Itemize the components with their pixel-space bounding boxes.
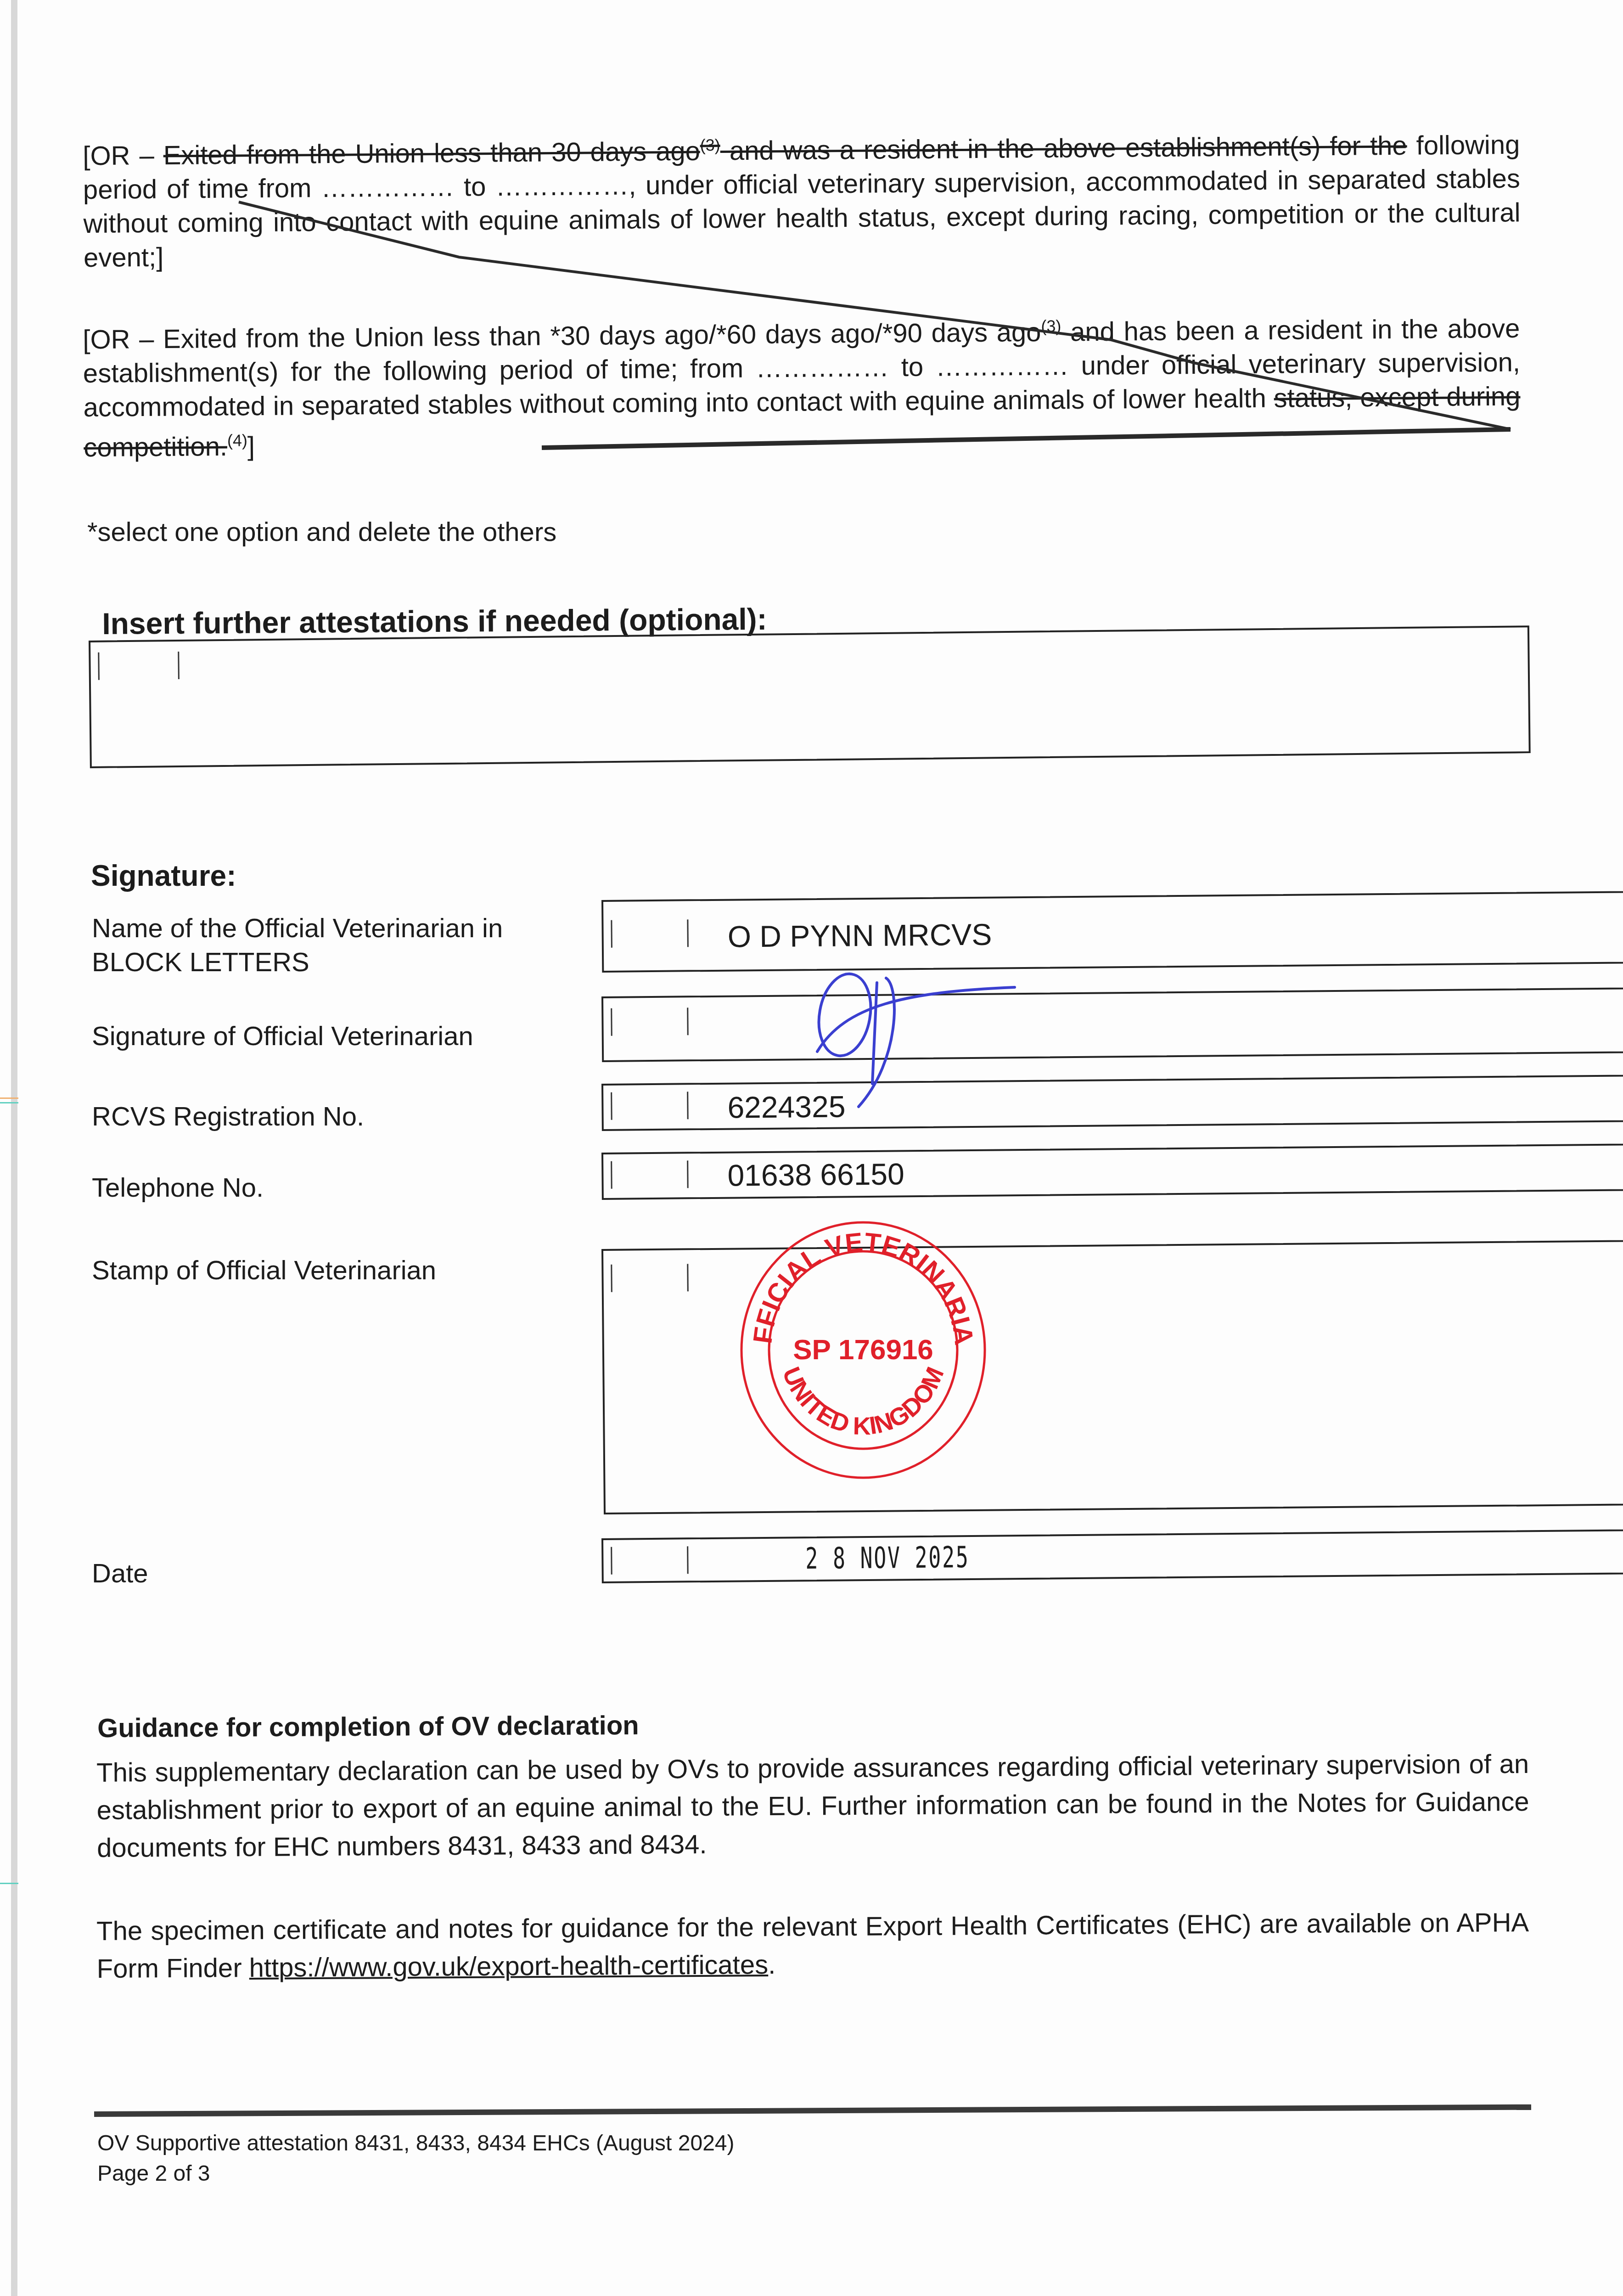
- field-marker: [687, 1092, 689, 1119]
- date-label: Date: [92, 1557, 148, 1591]
- footer-divider: [94, 2105, 1531, 2117]
- scan-artifact: [0, 1883, 18, 1884]
- guidance-end: .: [768, 1950, 776, 1980]
- field-marker: [611, 1092, 612, 1120]
- footer-page-number: Page 2 of 3: [97, 2159, 735, 2189]
- guidance-paragraph-1: This supplementary declaration can be us…: [96, 1745, 1529, 1867]
- telephone-field[interactable]: 01638 66150: [601, 1141, 1623, 1200]
- option-a-paragraph: [OR – Exited from the Union less than 30…: [83, 122, 1521, 275]
- field-marker: [611, 1161, 612, 1189]
- scan-artifact: [0, 1097, 18, 1099]
- guidance-title: Guidance for completion of OV declaratio…: [97, 1710, 639, 1744]
- field-marker: [611, 920, 612, 948]
- signature-section-title: Signature:: [91, 859, 236, 893]
- footer-document-id: OV Supportive attestation 8431, 8433, 84…: [97, 2128, 735, 2159]
- scan-edge: [11, 0, 17, 2296]
- stamp-label: Stamp of Official Veterinarian: [92, 1254, 436, 1288]
- select-option-note: *select one option and delete the others: [87, 517, 556, 547]
- option-b-text: [OR – Exited from the Union less than *3…: [83, 317, 1041, 355]
- svg-text:OFFICIAL VETERINARIAN: OFFICIAL VETERINARIAN: [730, 1212, 979, 1347]
- footnote-ref: (3): [700, 135, 720, 154]
- option-b-paragraph: [OR – Exited from the Union less than *3…: [83, 305, 1521, 465]
- struck-text: Exited from the Union less than 30 days …: [163, 136, 700, 170]
- name-label: Name of the Official Veterinarian in BLO…: [92, 912, 551, 979]
- telephone-value: 01638 66150: [727, 1156, 904, 1193]
- struck-text: and was a resident in the above establis…: [720, 131, 1407, 166]
- name-value: O D PYNN MRCVS: [727, 917, 992, 954]
- field-marker: [687, 919, 689, 947]
- field-marker: [687, 1160, 689, 1188]
- field-marker: [687, 1546, 689, 1574]
- field-marker: [611, 1265, 612, 1292]
- stamp-number: SP 176916: [793, 1334, 933, 1366]
- option-prefix: [OR –: [83, 141, 163, 171]
- footnote-ref: (3): [1041, 316, 1061, 335]
- rcvs-field[interactable]: 6224325: [601, 1072, 1623, 1131]
- footnote-ref: (4): [227, 431, 247, 450]
- name-field[interactable]: O D PYNN MRCVS: [601, 888, 1623, 973]
- signature-field[interactable]: [601, 985, 1623, 1062]
- rcvs-label: RCVS Registration No.: [92, 1100, 364, 1134]
- handwritten-signature: [790, 969, 1028, 1111]
- signature-label: Signature of Official Veterinarian: [92, 1019, 473, 1053]
- svg-text:UNITED KINGDOM: UNITED KINGDOM: [777, 1363, 949, 1440]
- field-marker: [687, 1264, 689, 1291]
- scan-artifact: [0, 1102, 18, 1103]
- field-marker: [611, 1547, 612, 1575]
- footer: OV Supportive attestation 8431, 8433, 84…: [97, 2128, 735, 2189]
- date-field[interactable]: 2 8 NOV 2025: [601, 1526, 1623, 1583]
- field-marker: [687, 1007, 689, 1035]
- stamp-bottom-text: UNITED KINGDOM: [777, 1363, 949, 1440]
- field-marker: [611, 1008, 612, 1036]
- guidance-paragraph-2: The specimen certificate and notes for g…: [96, 1904, 1529, 1988]
- date-value: 2 8 NOV 2025: [805, 1541, 970, 1576]
- field-marker: [98, 653, 100, 680]
- official-veterinarian-stamp: OFFICIAL VETERINARIAN UNITED KINGDOM SP …: [730, 1212, 996, 1483]
- stamp-top-text: OFFICIAL VETERINARIAN: [730, 1212, 979, 1347]
- export-health-certificates-link[interactable]: https://www.gov.uk/export-health-certifi…: [249, 1950, 768, 1983]
- telephone-label: Telephone No.: [92, 1171, 264, 1205]
- field-marker: [178, 652, 180, 679]
- further-attestations-field[interactable]: [89, 625, 1531, 768]
- bracket-close: ]: [247, 432, 255, 461]
